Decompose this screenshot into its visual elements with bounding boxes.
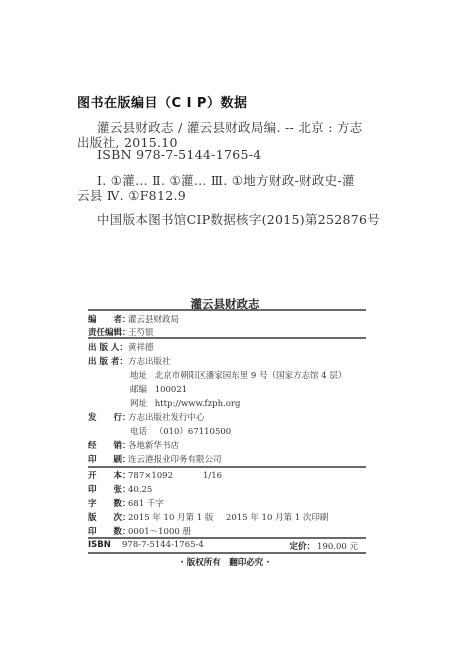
row-print-run: 印 数：0001～1000 册 [88,525,191,537]
divider [88,309,366,311]
row-value: 灌云县财政局 [128,313,179,325]
cip-heading: 图书在版编目（C I P）数据 [77,92,247,111]
row-printer: 印 刷：连云港报业印务有限公司 [88,453,222,465]
row-word-count: 字 数：681 千字 [88,497,164,509]
detail-key: 网址 [130,397,152,409]
price-value: 190.00 元 [317,542,358,552]
detail-value: 100021 [155,385,187,395]
row-value: 连云港报业印务有限公司 [128,453,222,465]
row-publisher-person: 出 版 人：黄祥德 [88,341,154,353]
isbn-value: 978-7-5144-1765-4 [122,540,204,550]
publisher-website: 网址 http://www.fzph.org [130,397,240,409]
detail-value: http://www.fzph.org [155,399,241,409]
detail-key: 邮编 [130,383,152,395]
detail-value: （010）67110500 [155,427,232,437]
row-value: 40.25 [128,485,152,495]
cip-subject-line-2: 云县 Ⅳ. ①F812.9 [77,186,186,204]
publisher-address: 地址 北京市朝阳区潘家园东里 9 号（国家方志馆 4 层） [130,369,346,381]
row-edition: 版 次：2015 年 10 月第 1 版2015 年 10 月第 1 次印刷 [88,511,328,523]
detail-value: 北京市朝阳区潘家园东里 9 号（国家方志馆 4 层） [155,371,347,381]
row-label: 经 销： [88,439,128,451]
isbn-label: ISBN [88,540,122,550]
price: 定价：190.00 元 [290,540,358,552]
row-value: 黄祥德 [128,341,154,353]
row-seller: 经 销：各地新华书店 [88,439,179,451]
row-label: 出 版 人： [88,341,128,353]
detail-key: 地址 [130,369,152,381]
row-label: 开 本： [88,469,128,481]
divider [88,466,366,468]
row-label: 版 次： [88,511,128,523]
cip-number: 中国版本图书馆CIP数据核字(2015)第252876号 [97,210,380,228]
row-value: 各地新华书店 [128,439,179,451]
row-value: 681 千字 [128,497,164,509]
row-label: 印 刷： [88,453,128,465]
row-label: 字 数： [88,497,128,509]
distribution-phone: 电话 （010）67110500 [130,425,231,437]
row-value: 方志出版社 [128,355,171,367]
row-label: 编 者： [88,313,128,325]
row-publisher: 出 版 者：方志出版社 [88,355,171,367]
row-extra: 1/16 [203,471,222,481]
row-label: 印 张： [88,483,128,495]
row-value: 方志出版社发行中心 [128,411,205,423]
cip-isbn-line: ISBN 978-7-5144-1765-4 [97,147,261,162]
row-editor: 编 者：灌云县财政局 [88,313,179,325]
row-label: 出 版 者： [88,355,128,367]
publisher-postcode: 邮编 100021 [130,383,187,395]
row-value: 2015 年 10 月第 1 版 [128,511,226,523]
price-label: 定价： [290,540,316,552]
detail-key: 电话 [130,425,152,437]
row-label: 印 数： [88,525,128,537]
row-isbn: ISBN978-7-5144-1765-4 [88,540,204,550]
row-extra: 2015 年 10 月第 1 次印刷 [226,511,328,523]
row-distribution: 发 行：方志出版社发行中心 [88,411,205,423]
row-label: 发 行： [88,411,128,423]
row-format: 开 本：787×10921/16 [88,469,222,481]
row-sheets: 印 张：40.25 [88,483,152,495]
divider [88,537,366,539]
row-value: 0001～1000 册 [128,525,191,537]
divider [88,337,366,339]
divider [88,552,366,554]
copyright-notice: · 版权所有 翻印必究 · [0,556,450,568]
row-value: 787×1092 [128,471,203,481]
